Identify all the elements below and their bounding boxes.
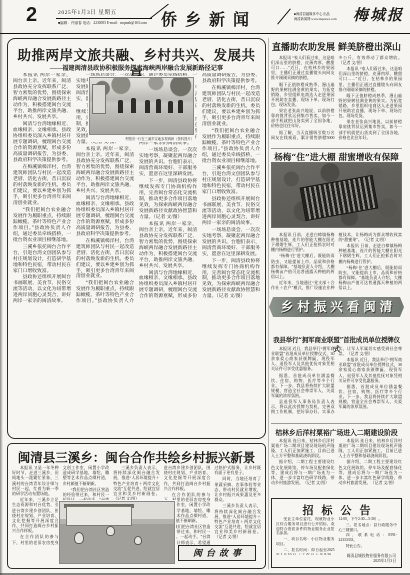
main-article-subhead: ——福建闽清县政协积极服务探索海峡两岸融合发展新路径记事 bbox=[11, 63, 262, 72]
right-article4-headline: 桔林乡后洋村粟裕广场进入二期建设阶段 bbox=[271, 427, 402, 437]
tender-notice-title: 招标公告 bbox=[272, 502, 401, 518]
photo-greenhouse bbox=[300, 175, 379, 221]
article-divider bbox=[271, 423, 402, 424]
newspaper-masthead: 梅城报 bbox=[353, 4, 404, 25]
photo-sculpture bbox=[134, 536, 142, 545]
bottom-article-headline: 闽清县三溪乡：闽台合作共绘乡村振兴新景 bbox=[11, 448, 262, 466]
street-delegation-photo bbox=[89, 77, 194, 135]
right-article3-body: 本报讯 近日，我县举行“拥军商业联盟”首批成员单位授牌仪式，30余家爱心商家获颁… bbox=[271, 346, 402, 420]
publisher-info-line2: 闽清新闻网 www.mqnews.com bbox=[294, 17, 346, 22]
header-rule bbox=[0, 33, 410, 34]
right-article2-photo bbox=[271, 162, 402, 228]
tender-notice-signature: 闽清县城投物业服务有限公司 2025年1月3日 bbox=[347, 554, 396, 565]
newspaper-page: 2 2025年1月3日 星期五 ■编辑：许丽春 电话：2230055 E-mai… bbox=[0, 0, 410, 575]
tender-notice-box: 招标公告 受业主单位委托，现就物业小区综合服务项目进行公开招标，欢迎符合资质条件… bbox=[271, 498, 402, 568]
min-tai-story-stamp: 闽台故事 bbox=[178, 545, 256, 561]
rural-revitalization-banner: 乡村振兴看闽清 bbox=[269, 297, 404, 317]
scan-edge-shadow bbox=[0, 0, 3, 575]
publisher-info: ■闽清县融媒体中心 出品 闽清新闻网 www.mqnews.com bbox=[294, 12, 346, 23]
main-photo-caption: 考察团一行在三溪乡实地参观调研（资料图片） bbox=[89, 135, 194, 141]
bottom-article-box: 闽清县三溪乡：闽台合作共绘乡村振兴新景 本报讯 又是一年冬种好时节，走进三溪乡，… bbox=[7, 443, 266, 569]
photo-sculpture bbox=[106, 526, 115, 536]
photo-person bbox=[145, 100, 150, 113]
photo-person bbox=[118, 100, 123, 113]
village-art-photo bbox=[59, 501, 175, 564]
tender-date: 2025年1月3日 bbox=[347, 559, 396, 565]
photo-sculpture bbox=[74, 532, 84, 544]
greenhouse-aerial-photo bbox=[271, 162, 402, 228]
right-article1-headline: 直播助农助发展 鲜美脐橙出深山 bbox=[271, 40, 402, 53]
tender-notice-body: 受业主单位委托，现就物业小区综合服务项目进行公开招标，欢迎符合资质条件的物业服务… bbox=[276, 517, 397, 555]
column-divider bbox=[268, 38, 269, 569]
main-article-photo: 考察团一行在三溪乡实地参观调研（资料图片） bbox=[88, 76, 195, 142]
right-article1-body: 本报讯 “家人们看过来，这是咱们深山里的脐橙，皮薄肉厚、酸甜可口……”近日，在桔… bbox=[271, 55, 402, 146]
photo-person bbox=[168, 101, 173, 113]
bottom-article-photo bbox=[58, 500, 176, 565]
photo-building bbox=[92, 84, 106, 114]
photo-person bbox=[156, 99, 161, 113]
photo-house bbox=[66, 506, 132, 526]
photo-person bbox=[178, 100, 183, 113]
right-article4-body: 本报讯 连日来，桔林乡后洋村粟裕广场二期项目建设现场机声隆隆，工人们正加紧施工，… bbox=[271, 438, 402, 495]
section-title: 侨乡新闻 bbox=[0, 7, 410, 30]
right-article2-body: 本报讯 日前，走进白樟镇杨梅种植基地，连片的智能大棚在阳光下熠熠生辉，工人们正抢… bbox=[271, 232, 402, 294]
main-article-box: 助推两岸文旅共融、乡村共兴、发展共享 ——福建闽清县政协积极服务探索海峡两岸融合… bbox=[7, 38, 266, 439]
article-divider bbox=[271, 148, 402, 149]
photo-person bbox=[131, 98, 136, 113]
